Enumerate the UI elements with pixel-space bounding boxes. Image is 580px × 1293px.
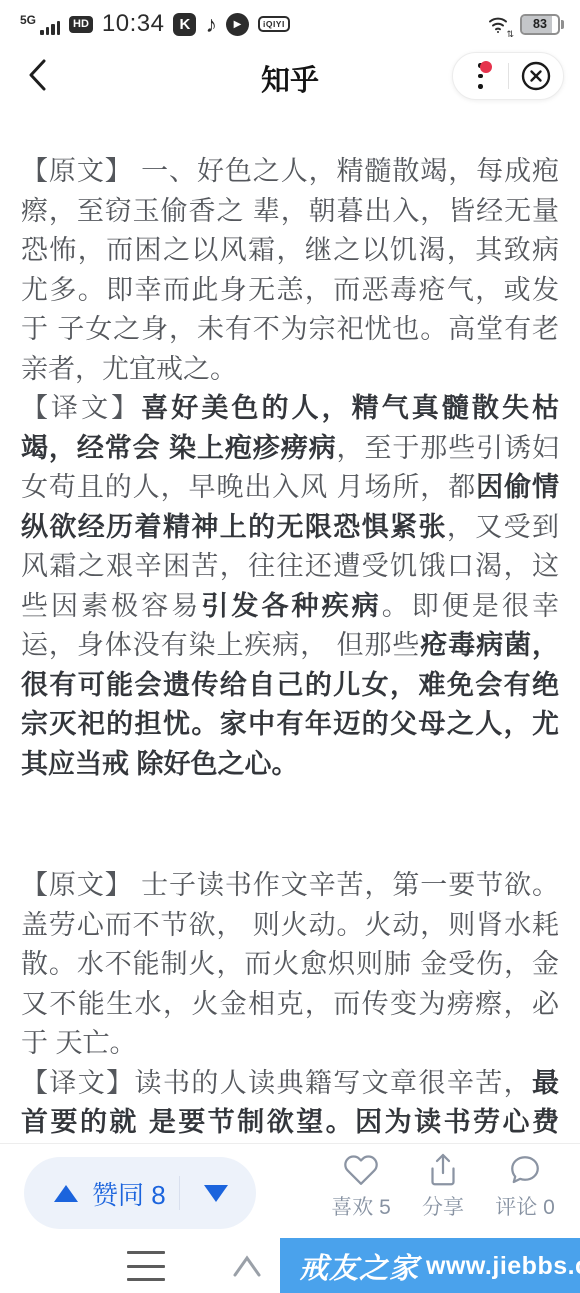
share-button[interactable]: 分享 bbox=[402, 1152, 484, 1221]
status-bar-right: ⇅ 83 bbox=[484, 12, 564, 36]
downvote-button[interactable] bbox=[180, 1185, 256, 1202]
action-bar: 赞同 8 喜欢 5 bbox=[0, 1144, 580, 1241]
watermark-site-url: www.jiebbs.cn bbox=[426, 1252, 580, 1281]
vote-pill: 赞同 8 bbox=[24, 1157, 256, 1229]
paragraph-text-segment: 【原文】 一、好色之人，精髓散竭，每成疱瘵，至窃玉偷香之 辈，朝暮出入，皆经无量… bbox=[21, 156, 559, 384]
article[interactable]: 【原文】 一、好色之人，精髓散竭，每成疱瘵，至窃玉偷香之 辈，朝暮出入，皆经无量… bbox=[0, 108, 580, 1293]
status-bar-left: 5G HD 10:34 K ♪ ▶ iQIYI bbox=[20, 10, 290, 38]
network-type-label: 5G bbox=[20, 14, 36, 26]
more-menu-button[interactable] bbox=[453, 53, 508, 99]
watermark-site-name: 戒友之家 bbox=[299, 1246, 419, 1287]
paragraph-text-segment: 【译文】 bbox=[21, 393, 141, 423]
wifi-icon: ⇅ bbox=[484, 12, 512, 36]
menu-button[interactable] bbox=[127, 1251, 165, 1281]
like-button[interactable]: 喜欢 5 bbox=[320, 1152, 402, 1221]
video-player-app-icon: ▶ bbox=[226, 13, 249, 36]
bottom-nav-bar: 戒友之家 www.jiebbs.cn bbox=[0, 1241, 580, 1293]
hd-voice-icon: HD bbox=[69, 16, 93, 33]
close-button[interactable] bbox=[509, 53, 564, 99]
article-paragraph: 【原文】 士子读书作文辛苦，第一要节欲。盖劳心而不节欲， 则火动。火动，则肾水耗… bbox=[21, 866, 559, 1064]
social-actions: 喜欢 5 分享 评论 0 bbox=[320, 1152, 566, 1221]
status-bar: 5G HD 10:34 K ♪ ▶ iQIYI ⇅ bbox=[0, 0, 580, 42]
close-circle-icon bbox=[520, 60, 552, 92]
paragraph-text-segment: 【原文】 士子读书作文辛苦，第一要节欲。盖劳心而不节欲， 则火动。火动，则肾水耗… bbox=[21, 870, 559, 1058]
signal-bars-icon bbox=[40, 21, 60, 35]
tiktok-app-icon: ♪ bbox=[205, 13, 217, 36]
kuaishou-app-icon: K bbox=[173, 13, 196, 36]
article-paragraph: 【原文】 一、好色之人，精髓散竭，每成疱瘵，至窃玉偷香之 辈，朝暮出入，皆经无量… bbox=[21, 152, 559, 389]
phone-screen: 5G HD 10:34 K ♪ ▶ iQIYI ⇅ bbox=[0, 0, 580, 1293]
downvote-triangle-icon bbox=[204, 1185, 228, 1202]
iqiyi-app-icon: iQIYI bbox=[258, 16, 290, 33]
share-icon bbox=[425, 1152, 461, 1188]
footer: 赞同 8 喜欢 5 bbox=[0, 1143, 580, 1293]
status-time: 10:34 bbox=[102, 10, 165, 38]
paragraph-text-segment: 引发各种疾病 bbox=[201, 591, 381, 621]
upvote-button[interactable]: 赞同 8 bbox=[24, 1175, 179, 1212]
battery-indicator: 83 bbox=[520, 14, 564, 35]
comment-button[interactable]: 评论 0 bbox=[484, 1152, 566, 1221]
battery-percent: 83 bbox=[522, 16, 558, 33]
nav-bar: 知乎 bbox=[0, 42, 580, 108]
home-caret-icon[interactable] bbox=[232, 1253, 262, 1284]
paragraph-text-segment: 【译文】读书的人读典籍写文章很辛苦， bbox=[21, 1068, 532, 1098]
heart-icon bbox=[343, 1152, 379, 1188]
wifi-traffic-arrows-icon: ⇅ bbox=[506, 30, 514, 39]
cellular-signal-icon: 5G bbox=[20, 14, 60, 35]
watermark-banner: 戒友之家 www.jiebbs.cn bbox=[280, 1238, 580, 1293]
notification-red-dot bbox=[480, 61, 492, 73]
article-paragraph: 【译文】喜好美色的人，精气真髓散失枯竭，经常会 染上疱疹痨病，至于那些引诱妇女苟… bbox=[21, 389, 559, 784]
comment-bubble-icon bbox=[507, 1152, 543, 1188]
upvote-triangle-icon bbox=[54, 1185, 78, 1202]
upvote-label: 赞同 8 bbox=[92, 1175, 166, 1212]
comment-label: 评论 0 bbox=[495, 1191, 555, 1221]
share-label: 分享 bbox=[422, 1191, 464, 1221]
like-label: 喜欢 5 bbox=[331, 1191, 391, 1221]
window-controls-pill bbox=[452, 52, 564, 100]
